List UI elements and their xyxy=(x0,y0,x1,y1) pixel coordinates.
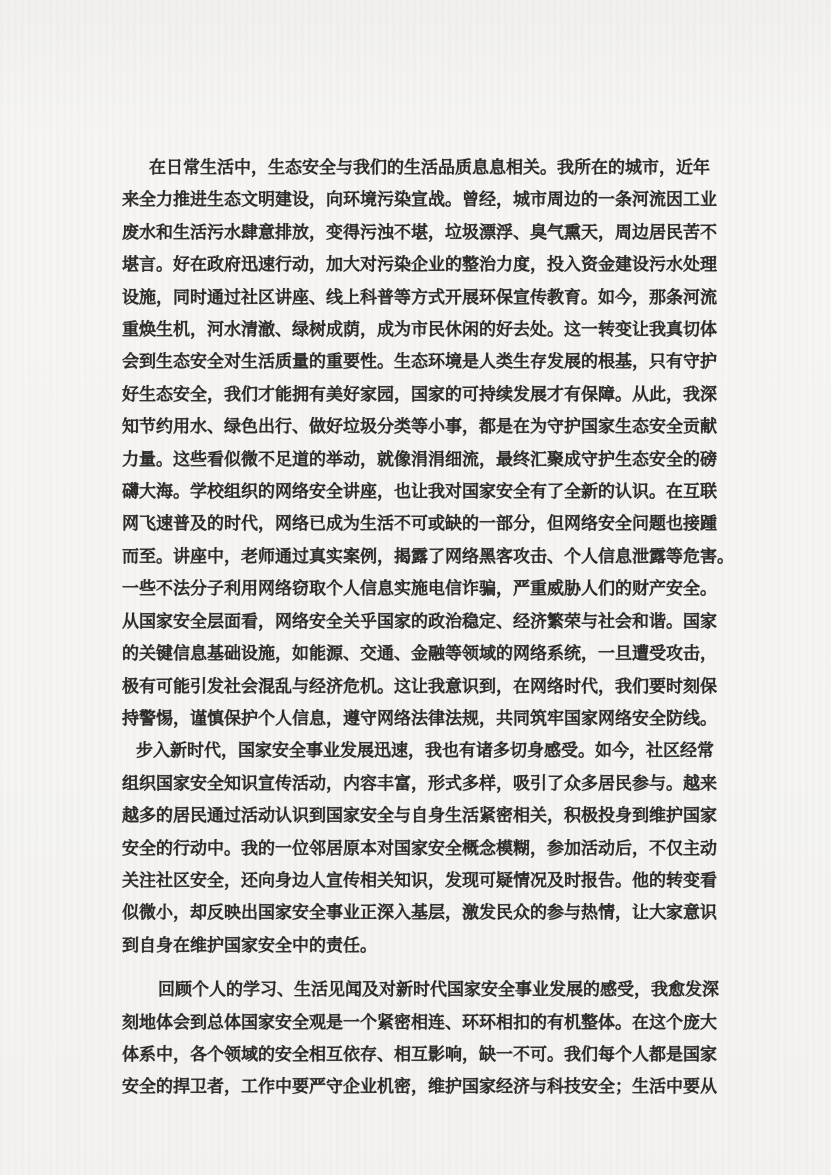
text-line: 似微小，却反映出国家安全事业正深入基层，激发民众的参与热情，让大家意识 xyxy=(122,897,708,929)
text-line: 知节约用水、绿色出行、做好垃圾分类等小事，都是在为守护国家生态安全贡献 xyxy=(122,411,708,443)
text-line: 持警惕，谨慎保护个人信息，遵守网络法律法规，共同筑牢国家网络安全防线。 xyxy=(122,703,708,735)
paragraph-new-era-community: 步入新时代，国家安全事业发展迅速，我也有诸多切身感受。如今，社区经常组织国家安全… xyxy=(122,735,708,962)
text-line: 力量。这些看似微不足道的举动，就像涓涓细流，最终汇聚成守护生态安全的磅 xyxy=(122,444,708,476)
text-line: 会到生态安全对生活质量的重要性。生态环境是人类生存发展的根基，只有守护 xyxy=(122,346,708,378)
text-line: 废水和生活污水肆意排放，变得污浊不堪，垃圾漂浮、臭气熏天，周边居民苦不 xyxy=(122,217,708,249)
text-line: 来全力推进生态文明建设，向环境污染宣战。曾经，城市周边的一条河流因工业 xyxy=(122,184,708,216)
text-line: 步入新时代，国家安全事业发展迅速，我也有诸多切身感受。如今，社区经常 xyxy=(122,735,708,767)
text-line: 的关键信息基础设施，如能源、交通、金融等领域的网络系统，一旦遭受攻击， xyxy=(122,638,708,670)
text-line: 关注社区安全，还向身边人宣传相关知识，发现可疑情况及时报告。他的转变看 xyxy=(122,865,708,897)
text-line: 安全的捍卫者，工作中要严守企业机密，维护国家经济与科技安全；生活中要从 xyxy=(122,1071,708,1103)
text-line: 一些不法分子利用网络窃取个人信息实施电信诈骗，严重威胁人们的财产安全。 xyxy=(122,573,708,605)
essay-text: 在日常生活中，生态安全与我们的生活品质息息相关。我所在的城市，近年来全力推进生态… xyxy=(122,152,708,1104)
text-line: 刻地体会到总体国家安全观是一个紧密相连、环环相扣的有机整体。在这个庞大 xyxy=(122,1007,708,1039)
text-line: 而至。讲座中，老师通过真实案例，揭露了网络黑客攻击、个人信息泄露等危害。 xyxy=(122,541,708,573)
text-line: 越多的居民通过活动认识到国家安全与自身生活紧密相关，积极投身到维护国家 xyxy=(122,800,708,832)
text-line: 礴大海。学校组织的网络安全讲座，也让我对国家安全有了全新的认识。在互联 xyxy=(122,476,708,508)
text-line: 安全的行动中。我的一位邻居原本对国家安全概念模糊，参加活动后，不仅主动 xyxy=(122,833,708,865)
text-line: 设施，同时通过社区讲座、线上科普等方式开展环保宣传教育。如今，那条河流 xyxy=(122,282,708,314)
scanned-document-page: 在日常生活中，生态安全与我们的生活品质息息相关。我所在的城市，近年来全力推进生态… xyxy=(0,0,831,1175)
text-line: 体系中，各个领域的安全相互依存、相互影响，缺一不可。我们每个人都是国家 xyxy=(122,1039,708,1071)
text-line: 到自身在维护国家安全中的责任。 xyxy=(122,930,708,962)
text-line: 从国家安全层面看，网络安全关乎国家的政治稳定、经济繁荣与社会和谐。国家 xyxy=(122,606,708,638)
paragraph-ecology-security: 在日常生活中，生态安全与我们的生活品质息息相关。我所在的城市，近年来全力推进生态… xyxy=(122,152,708,735)
paragraph-overall-security-view: 回顾个人的学习、生活见闻及对新时代国家安全事业发展的感受，我愈发深刻地体会到总体… xyxy=(122,974,708,1104)
text-line: 好生态安全，我们才能拥有美好家园，国家的可持续发展才有保障。从此，我深 xyxy=(122,379,708,411)
text-line: 极有可能引发社会混乱与经济危机。这让我意识到，在网络时代，我们要时刻保 xyxy=(122,671,708,703)
text-line: 堪言。好在政府迅速行动，加大对污染企业的整治力度，投入资金建设污水处理 xyxy=(122,249,708,281)
text-line: 重焕生机，河水清澈、绿树成荫，成为市民休闲的好去处。这一转变让我真切体 xyxy=(122,314,708,346)
text-line: 组织国家安全知识宣传活动，内容丰富，形式多样，吸引了众多居民参与。越来 xyxy=(122,768,708,800)
text-line: 在日常生活中，生态安全与我们的生活品质息息相关。我所在的城市，近年 xyxy=(122,152,708,184)
text-line: 回顾个人的学习、生活见闻及对新时代国家安全事业发展的感受，我愈发深 xyxy=(122,974,708,1006)
text-line: 网飞速普及的时代，网络已成为生活不可或缺的一部分，但网络安全问题也接踵 xyxy=(122,508,708,540)
